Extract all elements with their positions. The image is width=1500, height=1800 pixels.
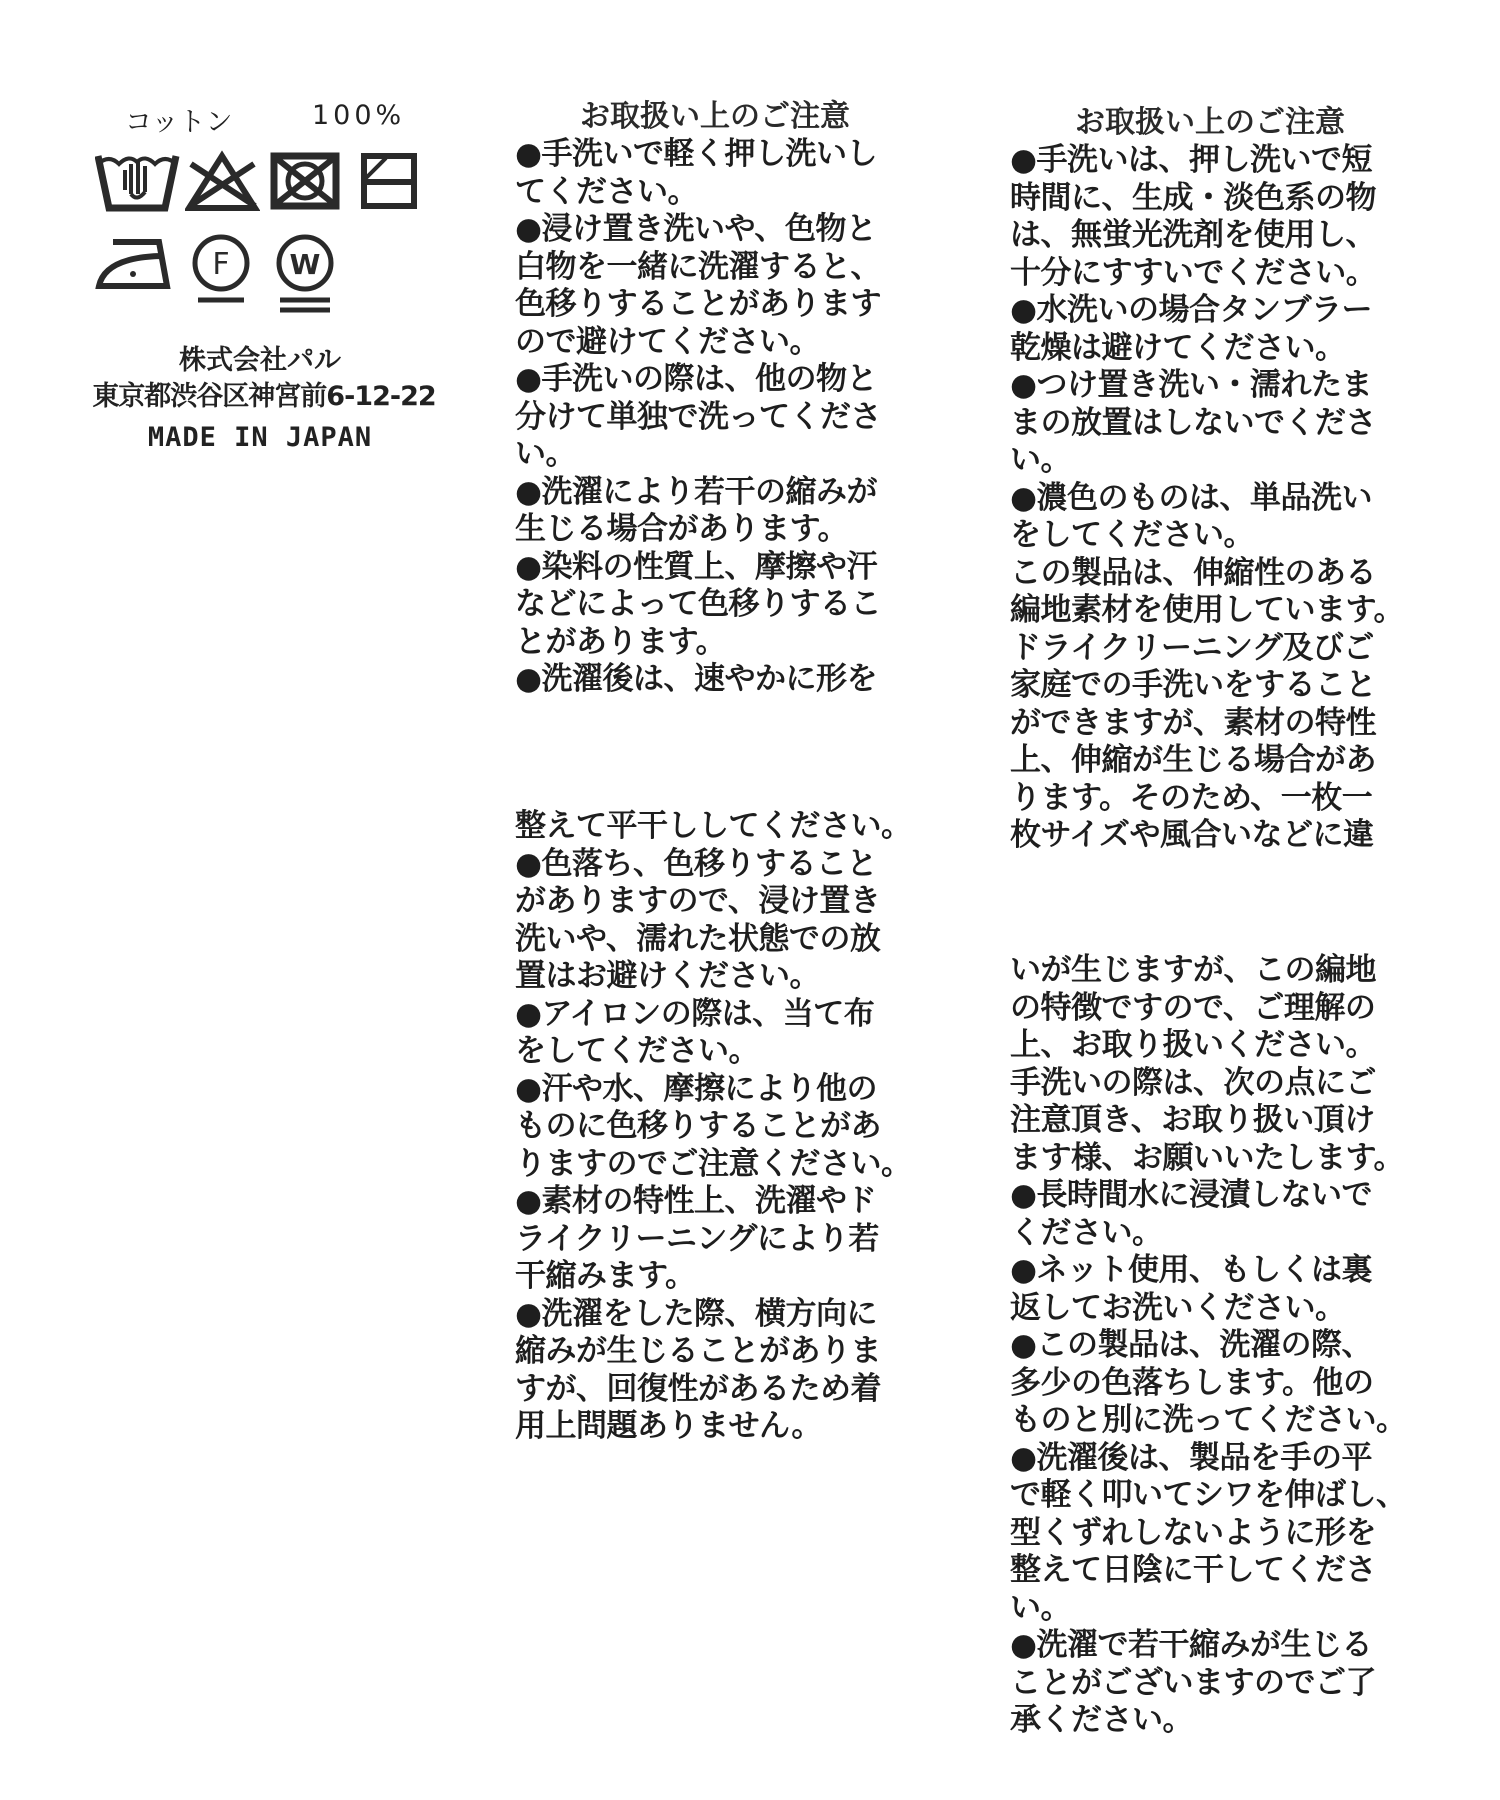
care-instruction-line: ので避けてください。 — [515, 324, 945, 362]
care-instruction-line: この製品は、伸縮性のある — [1010, 555, 1440, 593]
care-instruction-line: りますのでご注意ください。 — [515, 1146, 955, 1184]
care-instruction-line: 白物を一緒に洗濯すると、 — [515, 249, 945, 287]
care-title: お取扱い上のご注意 — [515, 100, 915, 134]
svg-text:F: F — [212, 247, 229, 282]
care-instruction-line: 用上問題ありません。 — [515, 1408, 955, 1446]
label-middle: お取扱い上のご注意 ●手洗いで軽く押し洗いしてください。●浸け置き洗いや、色物と… — [515, 100, 945, 699]
care-instruction-line: ●アイロンの際は、当て布 — [515, 996, 955, 1034]
care-instruction-line: い。 — [1010, 442, 1440, 480]
care-text-part2: 整えて平干ししてください。●色落ち、色移りすることがありますので、浸け置き洗いや… — [515, 808, 955, 1446]
care-instruction-line: 上、お取り扱いください。 — [1010, 1027, 1450, 1065]
care-instruction-line: 返してお洗いください。 — [1010, 1290, 1450, 1328]
care-instruction-line: 多少の色落ちします。他の — [1010, 1365, 1450, 1403]
svg-text:W: W — [290, 248, 321, 281]
care-instruction-line: ●長時間水に浸漬しないで — [1010, 1177, 1450, 1215]
care-instruction-line: 置はお避けください。 — [515, 958, 955, 996]
care-instruction-line: 色移りすることがあります — [515, 286, 945, 324]
care-instruction-line: 洗いや、濡れた状態での放 — [515, 921, 955, 959]
care-instruction-line: い。 — [1010, 1590, 1450, 1628]
care-instruction-line: てください。 — [515, 174, 945, 212]
care-instruction-line: ものと別に洗ってください。 — [1010, 1402, 1450, 1440]
iron-low-icon — [95, 236, 175, 292]
care-title: お取扱い上のご注意 — [1010, 106, 1410, 140]
fiber-name: コットン — [125, 100, 232, 139]
care-instruction-line: は、無蛍光洗剤を使用し、 — [1010, 217, 1440, 255]
company-name: 株式会社パル — [60, 338, 460, 377]
care-instruction-line: ができますが、素材の特性 — [1010, 705, 1440, 743]
care-instruction-line: 型くずれしないように形を — [1010, 1515, 1450, 1553]
care-instruction-line: ●洗濯後は、製品を手の平 — [1010, 1440, 1450, 1478]
care-instruction-line: ●濃色のものは、単品洗い — [1010, 480, 1440, 518]
made-in-japan: MADE IN JAPAN — [60, 422, 460, 453]
care-instruction-line: ●洗濯をした際、横方向に — [515, 1296, 955, 1334]
company-address: 東京都渋谷区神宮前6-12-22 — [64, 374, 464, 413]
care-instruction-line: 十分にすすいでください。 — [1010, 255, 1440, 293]
hand-wash-icon — [95, 150, 180, 212]
care-instruction-line: がありますので、浸け置き — [515, 883, 955, 921]
care-instruction-line: 時間に、生成・淡色系の物 — [1010, 180, 1440, 218]
care-instruction-line: ●手洗いは、押し洗いで短 — [1010, 142, 1440, 180]
care-instruction-line: 枚サイズや風合いなどに違 — [1010, 817, 1440, 855]
care-instruction-line: まの放置はしないでくださ — [1010, 405, 1440, 443]
care-instruction-line: とがあります。 — [515, 624, 945, 662]
care-text-part2: いが生じますが、この編地の特徴ですので、ご理解の上、お取り扱いください。手洗いの… — [1010, 952, 1450, 1740]
care-instruction-line: ます様、お願いいたします。 — [1010, 1140, 1450, 1178]
care-instruction-line: ●つけ置き洗い・濡れたま — [1010, 367, 1440, 405]
care-text-part1: ●手洗いで軽く押し洗いしてください。●浸け置き洗いや、色物と白物を一緒に洗濯する… — [515, 136, 945, 699]
care-instruction-line: ●この製品は、洗濯の際、 — [1010, 1327, 1450, 1365]
care-instruction-line: ●浸け置き洗いや、色物と — [515, 211, 945, 249]
care-instruction-line: いが生じますが、この編地 — [1010, 952, 1450, 990]
care-instruction-line: 上、伸縮が生じる場合があ — [1010, 742, 1440, 780]
care-instruction-line: ものに色移りすることがあ — [515, 1108, 955, 1146]
care-instruction-line: ●汗や水、摩擦により他の — [515, 1071, 955, 1109]
care-instruction-line: をしてください。 — [515, 1033, 955, 1071]
care-instruction-line: 注意頂き、お取り扱い頂け — [1010, 1102, 1450, 1140]
care-instruction-line: い。 — [515, 436, 945, 474]
care-text-part1: ●手洗いは、押し洗いで短時間に、生成・淡色系の物は、無蛍光洗剤を使用し、十分にす… — [1010, 142, 1440, 855]
care-instruction-line: ●手洗いで軽く押し洗いし — [515, 136, 945, 174]
care-instruction-line: 承ください。 — [1010, 1702, 1450, 1740]
care-instruction-line: 乾燥は避けてください。 — [1010, 330, 1440, 368]
label-left: コットン 100% F W 株式会社パル 東京都渋谷区神宮前6-12-22 MA… — [0, 0, 480, 480]
care-instruction-line: ライクリーニングにより若 — [515, 1221, 955, 1259]
label-right: お取扱い上のご注意 ●手洗いは、押し洗いで短時間に、生成・淡色系の物は、無蛍光洗… — [1010, 106, 1440, 855]
no-bleach-icon — [185, 150, 260, 212]
care-instruction-line: 縮みが生じることがありま — [515, 1333, 955, 1371]
care-instruction-line: 整えて平干ししてください。 — [515, 808, 955, 846]
wet-clean-w-icon: W — [272, 232, 338, 316]
care-instruction-line: 分けて単独で洗ってくださ — [515, 399, 945, 437]
dry-clean-f-icon: F — [188, 232, 254, 308]
care-instruction-line: 編地素材を使用しています。 — [1010, 592, 1440, 630]
care-instruction-line: ことがございますのでご了 — [1010, 1665, 1450, 1703]
no-tumble-dry-icon — [270, 152, 340, 210]
care-instruction-line: 家庭での手洗いをすること — [1010, 667, 1440, 705]
label-right-continued: いが生じますが、この編地の特徴ですので、ご理解の上、お取り扱いください。手洗いの… — [1010, 952, 1450, 1740]
label-middle-continued: 整えて平干ししてください。●色落ち、色移りすることがありますので、浸け置き洗いや… — [515, 808, 955, 1446]
care-instruction-line: ドライクリーニング及びご — [1010, 630, 1440, 668]
care-instruction-line: の特徴ですので、ご理解の — [1010, 990, 1450, 1028]
care-instruction-line: ●洗濯により若干の縮みが — [515, 474, 945, 512]
care-instruction-line: ください。 — [1010, 1215, 1450, 1253]
care-instruction-line: 干縮みます。 — [515, 1258, 955, 1296]
care-instruction-line: 生じる場合があります。 — [515, 511, 945, 549]
care-instruction-line: 整えて日陰に干してくださ — [1010, 1552, 1450, 1590]
care-instruction-line: ●洗濯で若干縮みが生じる — [1010, 1627, 1450, 1665]
care-instruction-line: で軽く叩いてシワを伸ばし、 — [1010, 1477, 1450, 1515]
care-instruction-line: をしてください。 — [1010, 517, 1440, 555]
care-instruction-line: ●洗濯後は、速やかに形を — [515, 661, 945, 699]
care-instruction-line: ●素材の特性上、洗濯やド — [515, 1183, 955, 1221]
flat-dry-shade-icon — [360, 152, 418, 210]
care-instruction-line: 手洗いの際は、次の点にご — [1010, 1065, 1450, 1103]
care-instruction-line: ●ネット使用、もしくは裏 — [1010, 1252, 1450, 1290]
care-instruction-line: ●色落ち、色移りすること — [515, 846, 955, 884]
care-instruction-line: ●染料の性質上、摩擦や汗 — [515, 549, 945, 587]
care-instruction-line: ります。そのため、一枚一 — [1010, 780, 1440, 818]
care-instruction-line: ●水洗いの場合タンブラー — [1010, 292, 1440, 330]
care-instruction-line: などによって色移りするこ — [515, 586, 945, 624]
fiber-percent: 100% — [312, 100, 405, 131]
care-instruction-line: ●手洗いの際は、他の物と — [515, 361, 945, 399]
care-instruction-line: すが、回復性があるため着 — [515, 1371, 955, 1409]
